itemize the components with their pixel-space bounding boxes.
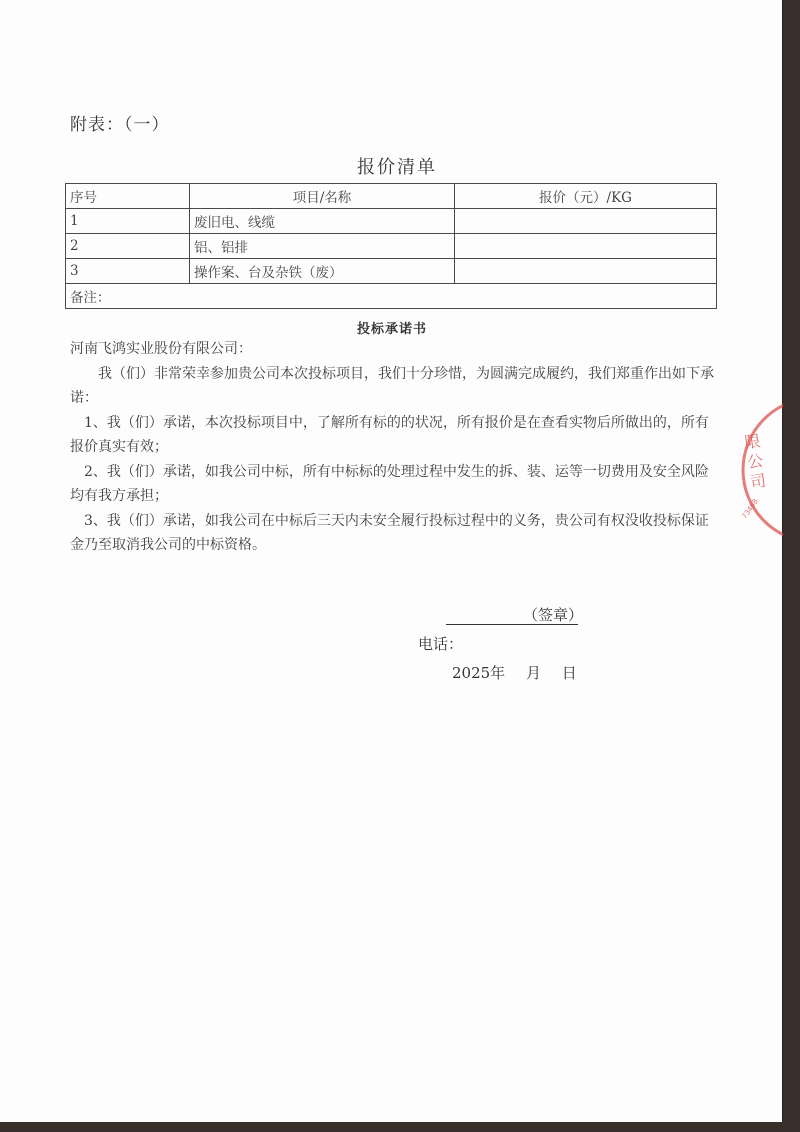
date-year: 2025年 xyxy=(452,664,505,682)
row-price-field[interactable] xyxy=(455,234,717,259)
row-no: 1 xyxy=(66,209,190,234)
table-row: 2 铝、铝排 xyxy=(66,234,717,259)
table-row: 1 废旧电、线缆 xyxy=(66,209,717,234)
date-row: 2025年 月 日 xyxy=(452,662,587,683)
document-page: 附表：（一） 报价清单 序号 项目/名称 报价（元）/KG 1 废旧电、线缆 2… xyxy=(0,0,783,1122)
table-header-row: 序号 项目/名称 报价（元）/KG xyxy=(66,184,717,209)
row-item: 铝、铝排 xyxy=(190,234,455,259)
date-month: 月 xyxy=(526,664,541,682)
remark-label: 备注： xyxy=(66,284,717,309)
pledge-item: 2、我（们）承诺，如我公司中标，所有中标标的处理过程中发生的拆、装、运等一切费用… xyxy=(70,460,715,509)
row-price-field[interactable] xyxy=(455,209,717,234)
quote-list-title: 报价清单 xyxy=(357,153,437,179)
pledge-item: 1、我（们）承诺，本次投标项目中，了解所有标的的状况，所有报价是在查看实物后所做… xyxy=(70,411,715,460)
header-no: 序号 xyxy=(66,184,190,209)
pledge-title: 投标承诺书 xyxy=(357,318,427,337)
seal-label: （签章） xyxy=(523,604,583,625)
date-day: 日 xyxy=(562,664,577,682)
table-row: 3 操作案、台及杂铁（废） xyxy=(66,259,717,284)
row-no: 3 xyxy=(66,259,190,284)
header-price: 报价（元）/KG xyxy=(455,184,717,209)
pledge-intro: 我（们）非常荣幸参加贵公司本次投标项目，我们十分珍惜，为圆满完成履约，我们郑重作… xyxy=(70,362,715,411)
phone-label: 电话： xyxy=(418,633,463,654)
remark-row: 备注： xyxy=(66,284,717,309)
row-no: 2 xyxy=(66,234,190,259)
row-price-field[interactable] xyxy=(455,259,717,284)
header-item: 项目/名称 xyxy=(190,184,455,209)
appendix-title: 附表：（一） xyxy=(70,110,170,135)
quote-table: 序号 项目/名称 报价（元）/KG 1 废旧电、线缆 2 铝、铝排 3 操作案、… xyxy=(65,183,717,309)
pledge-addressee: 河南飞鸿实业股份有限公司： xyxy=(70,337,715,362)
pledge-item: 3、我（们）承诺，如我公司在中标后三天内未安全履行投标过程中的义务，贵公司有权没… xyxy=(70,509,715,558)
company-seal-stamp: 限公司 73468 xyxy=(735,395,783,545)
pledge-body: 河南飞鸿实业股份有限公司： 我（们）非常荣幸参加贵公司本次投标项目，我们十分珍惜… xyxy=(70,337,715,558)
row-item: 废旧电、线缆 xyxy=(190,209,455,234)
row-item: 操作案、台及杂铁（废） xyxy=(190,259,455,284)
